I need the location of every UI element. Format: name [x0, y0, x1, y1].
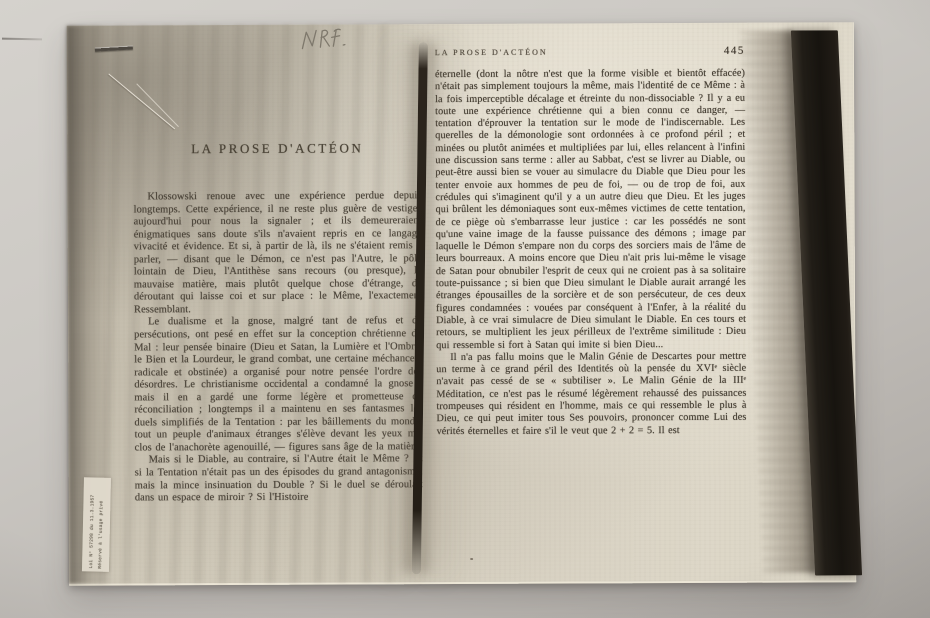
paragraph: éternelle (dont la nôtre n'est que la fo…: [435, 68, 746, 352]
photocopy-sheet: NRF. LA PROSE D'ACTÉON Klossowski renoue…: [67, 22, 856, 585]
page-number: 445: [724, 45, 745, 57]
library-stamp: Loi N° 57298 du 11.3.1957 Réservé à l'us…: [82, 477, 111, 572]
left-page: LA PROSE D'ACTÉON Klossowski renoue avec…: [133, 140, 423, 505]
scratch-mark: [136, 83, 179, 127]
photocopy-black-edge: [791, 30, 862, 575]
nrf-handwriting: NRF.: [298, 24, 360, 54]
ink-speck: [470, 558, 473, 560]
stamp-line: Réservé à l'usage privé: [96, 481, 105, 569]
book-photograph: NRF. LA PROSE D'ACTÉON Klossowski renoue…: [0, 0, 930, 618]
paragraph: Klossowski renoue avec une expérience pe…: [134, 190, 423, 317]
paragraph: Il n'a pas fallu moins que le Malin Géni…: [436, 351, 746, 438]
running-head: LA PROSE D'ACTÉON: [435, 48, 548, 57]
background-scratch: [2, 38, 42, 41]
chapter-title: LA PROSE D'ACTÉON: [133, 140, 421, 157]
scratch-mark: [108, 74, 175, 130]
right-page: LA PROSE D'ACTÉON 445 éternelle (dont la…: [435, 45, 747, 438]
paragraph: Mais si le Diable, au contraire, si l'Au…: [135, 454, 423, 505]
pencil-strokes-icon: [298, 24, 360, 54]
paragraph: Le dualisme et la gnose, malgré tant de …: [134, 316, 423, 455]
stamp-line: Loi N° 57298 du 11.3.1957: [88, 480, 97, 568]
left-page-body: Klossowski renoue avec une expérience pe…: [134, 190, 423, 505]
right-page-body: éternelle (dont la nôtre n'est que la fo…: [435, 68, 747, 438]
staple: [95, 45, 133, 51]
page-header: LA PROSE D'ACTÉON 445: [435, 45, 745, 58]
